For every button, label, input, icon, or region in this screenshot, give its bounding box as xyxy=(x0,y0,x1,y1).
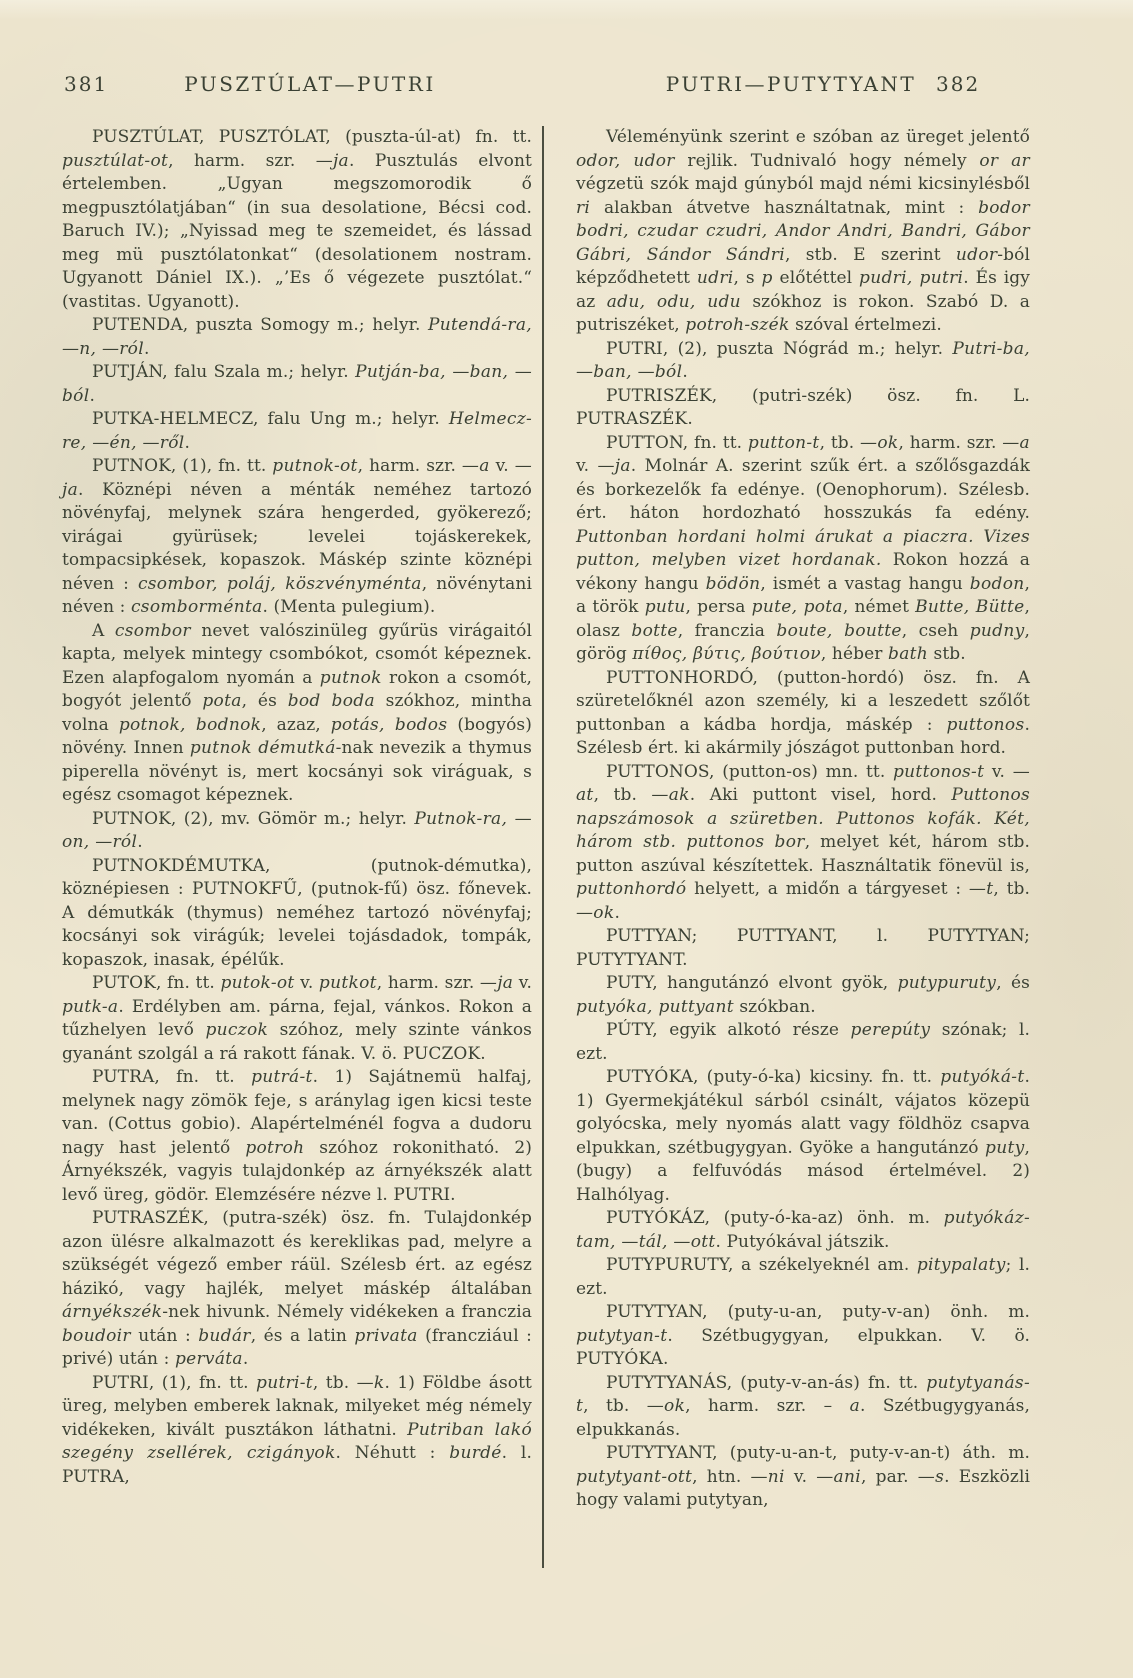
dictionary-entry: Véleményünk szerint e szóban az üreget j… xyxy=(576,126,1030,338)
dictionary-entry: PUTYTYANT, (puty-u-an-t, puty-v-an-t) át… xyxy=(576,1442,1030,1513)
dictionary-entry: PUTYTYANÁS, (puty-v-an-ás) fn. tt. putyt… xyxy=(576,1372,1030,1443)
left-column: PUSZTÚLAT, PUSZTÓLAT, (puszta-úl-at) fn.… xyxy=(62,126,532,1489)
running-header-row: 381 PUSZTÚLAT—PUTRI PUTRI—PUTYTYANT 382 xyxy=(0,72,1133,100)
dictionary-entry: PUTJÁN, falu Szala m.; helyr. Putján-ba,… xyxy=(62,361,532,408)
dictionary-entry: PUTTONHORDÓ, (putton-hordó) ösz. fn. A s… xyxy=(576,667,1030,761)
dictionary-entry: PUTYTYAN, (puty-u-an, puty-v-an) önh. m.… xyxy=(576,1301,1030,1372)
dictionary-entry: PUTOK, fn. tt. putok-ot v. putkot, harm.… xyxy=(62,972,532,1066)
text-columns: PUSZTÚLAT, PUSZTÓLAT, (puszta-úl-at) fn.… xyxy=(62,126,1030,1568)
dictionary-entry: PUTYPURUTY, a székelyeknél am. pitypalat… xyxy=(576,1254,1030,1301)
column-divider-rule xyxy=(542,126,544,1568)
dictionary-entry: PÚTY, egyik alkotó része perepúty szónak… xyxy=(576,1019,1030,1066)
dictionary-entry: PUTNOK, (2), mv. Gömör m.; helyr. Putnok… xyxy=(62,808,532,855)
dictionary-entry: PUTTONOS, (putton-os) mn. tt. puttonos-t… xyxy=(576,761,1030,926)
dictionary-entry: PUTRI, (2), puszta Nógrád m.; helyr. Put… xyxy=(576,338,1030,385)
dictionary-entry: PUTRISZÉK, (putri-szék) ösz. fn. L. PUTR… xyxy=(576,385,1030,432)
dictionary-entry: PUTYÓKA, (puty-ó-ka) kicsiny. fn. tt. pu… xyxy=(576,1066,1030,1207)
dictionary-entry: PUTRI, (1), fn. tt. putri-t, tb. —k. 1) … xyxy=(62,1372,532,1490)
dictionary-entry: PUTNOK, (1), fn. tt. putnok-ot, harm. sz… xyxy=(62,455,532,620)
running-header-left: PUSZTÚLAT—PUTRI xyxy=(90,72,530,96)
dictionary-entry: PUTYÓKÁZ, (puty-ó-ka-az) önh. m. putyóká… xyxy=(576,1207,1030,1254)
dictionary-entry: PUTKA-HELMECZ, falu Ung m.; helyr. Helme… xyxy=(62,408,532,455)
dictionary-entry: PUTRA, fn. tt. putrá-t. 1) Sajátnemü hal… xyxy=(62,1066,532,1207)
dictionary-entry: PUTTON, fn. tt. putton-t, tb. —ok, harm.… xyxy=(576,432,1030,667)
dictionary-entry: PUTY, hangutánzó elvont gyök, putypuruty… xyxy=(576,972,1030,1019)
dictionary-entry: PUTRASZÉK, (putra-szék) ösz. fn. Tulajdo… xyxy=(62,1207,532,1372)
scanned-dictionary-page: 381 PUSZTÚLAT—PUTRI PUTRI—PUTYTYANT 382 … xyxy=(0,0,1133,1678)
right-column: Véleményünk szerint e szóban az üreget j… xyxy=(576,126,1030,1513)
dictionary-entry: PUTTYAN; PUTTYANT, l. PUTYTYAN; PUTYTYAN… xyxy=(576,925,1030,972)
dictionary-entry: PUTNOKDÉMUTKA, (putnok-démutka), köznépi… xyxy=(62,855,532,973)
dictionary-entry: A csombor nevet valószinüleg gyűrüs virá… xyxy=(62,620,532,808)
dictionary-entry: PUTENDA, puszta Somogy m.; helyr. Putend… xyxy=(62,314,532,361)
dictionary-entry: PUSZTÚLAT, PUSZTÓLAT, (puszta-úl-at) fn.… xyxy=(62,126,532,314)
page-number-right: 382 xyxy=(936,72,980,96)
